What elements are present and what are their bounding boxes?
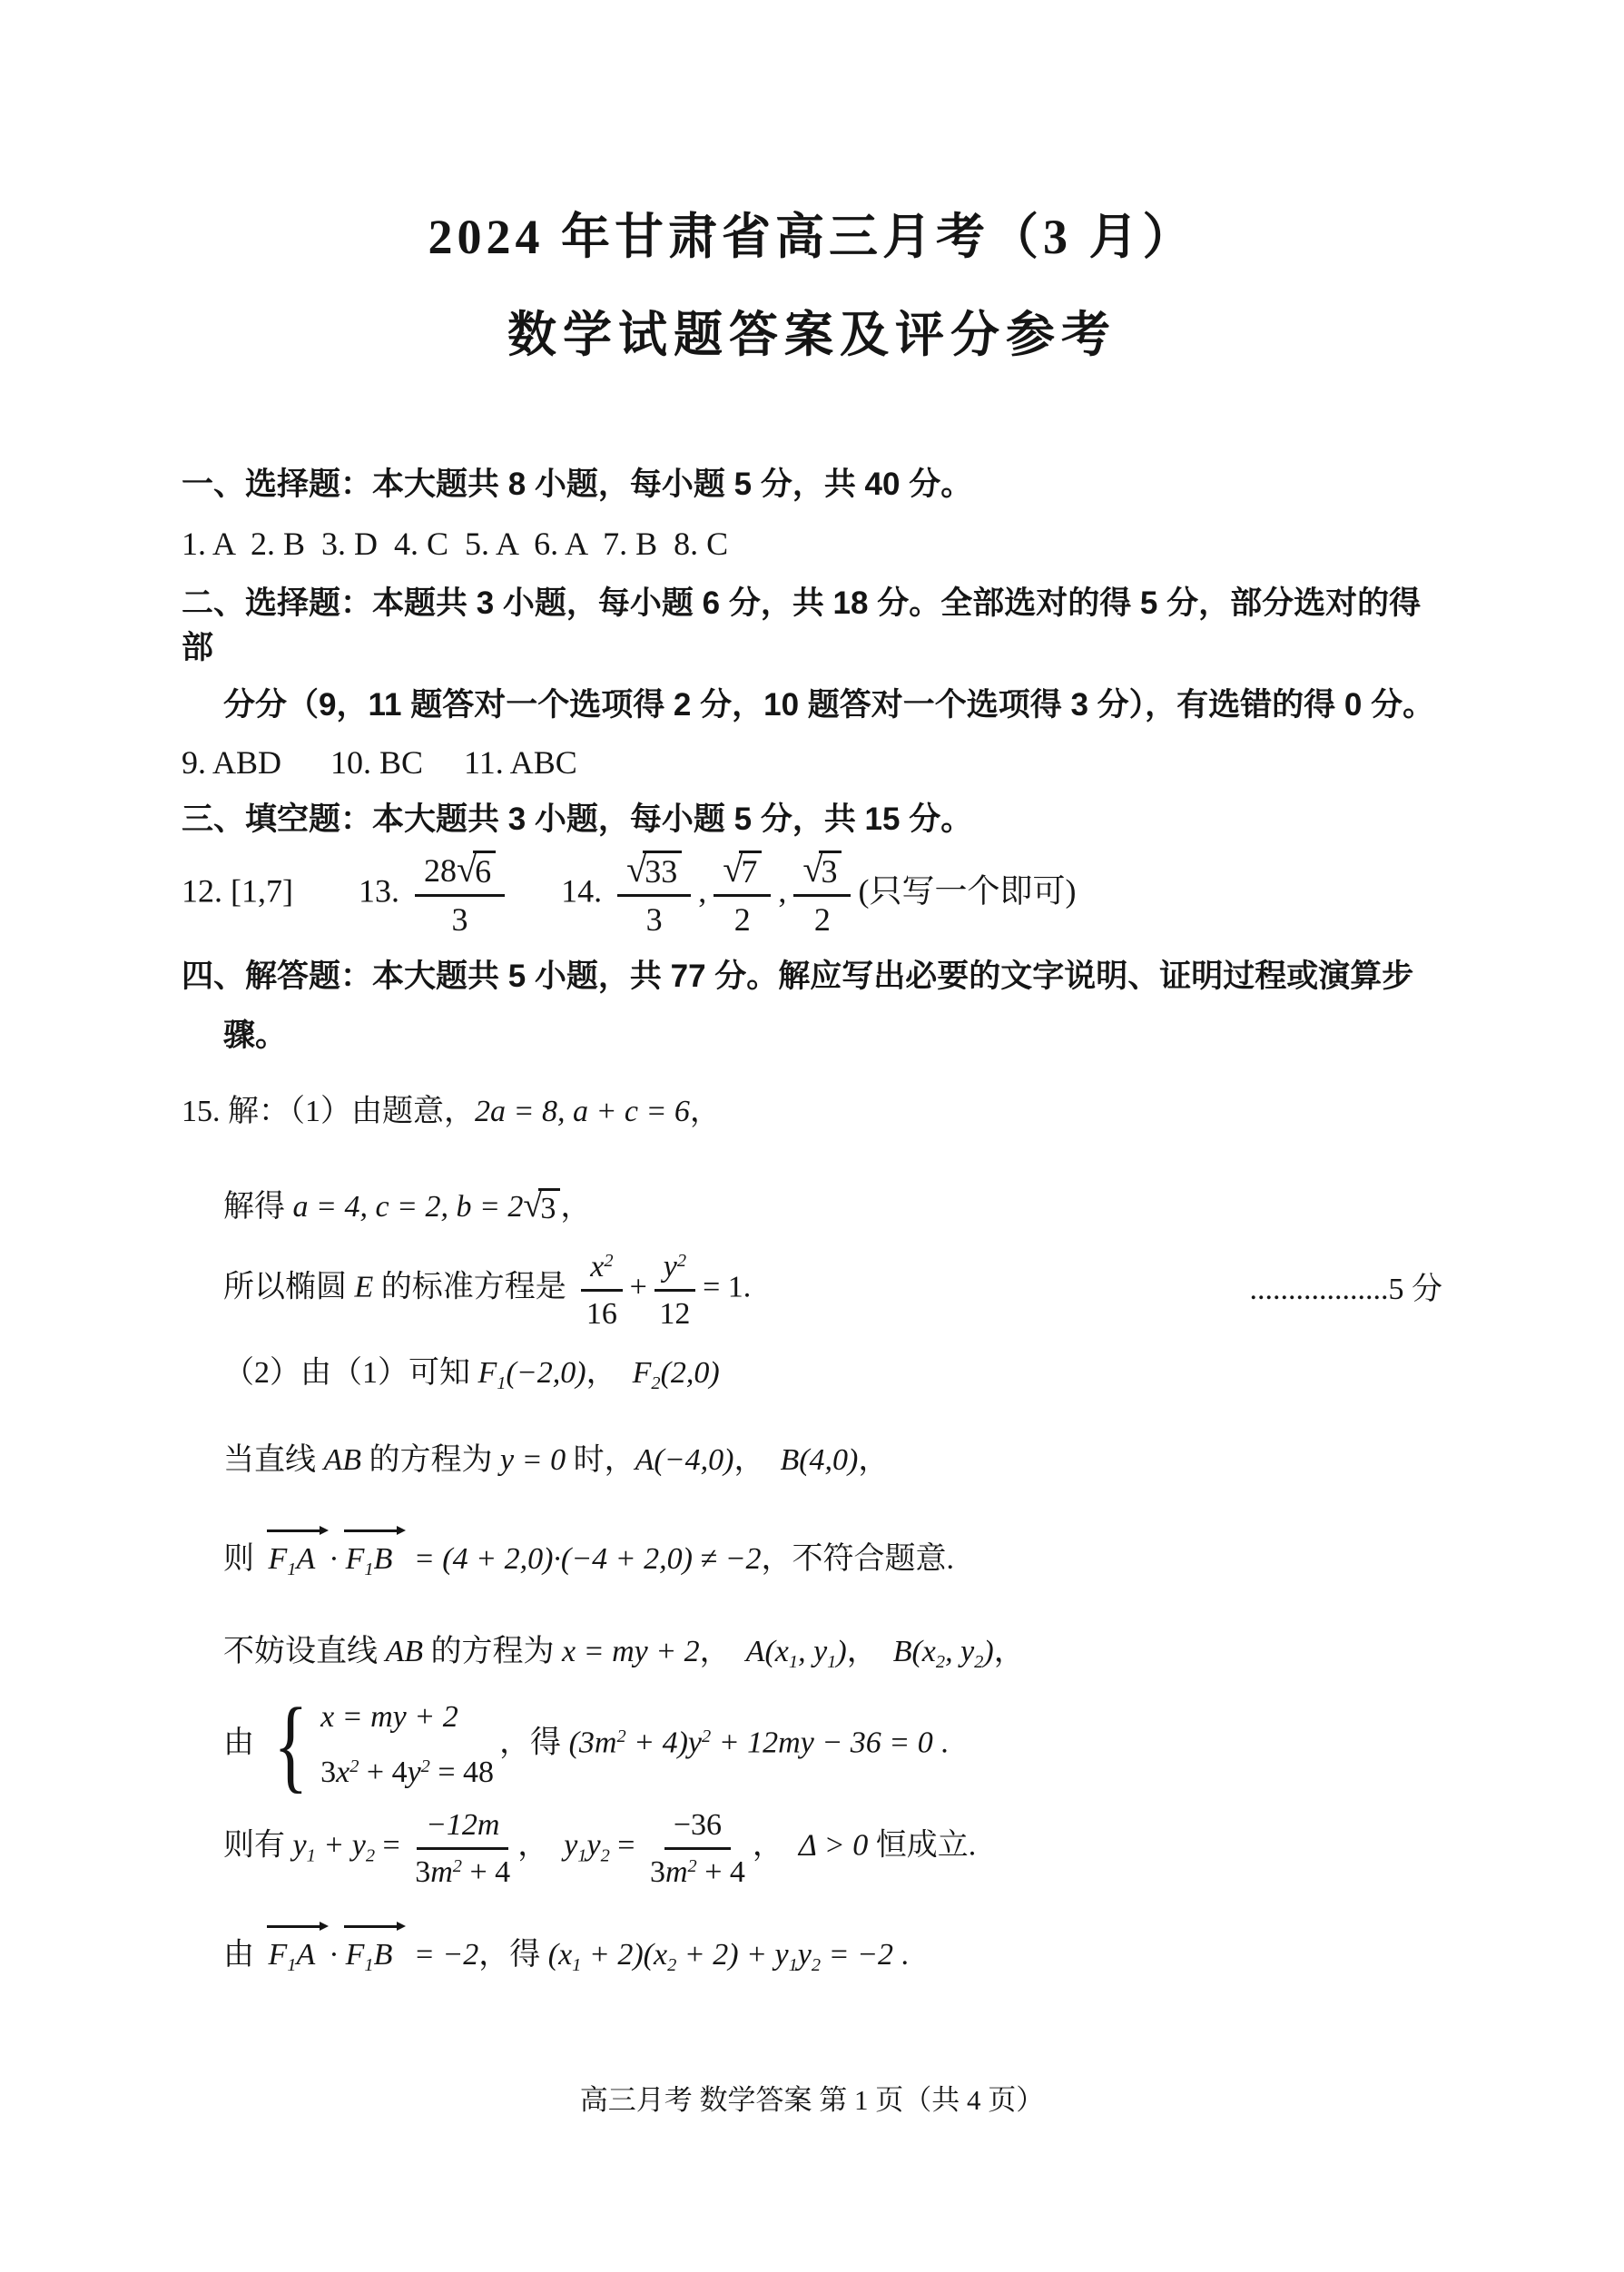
seg-text: （2）由（1）可知 <box>223 1356 478 1390</box>
seg-roman: [1,7] <box>231 872 293 909</box>
vector-base: F1A <box>269 1538 316 1583</box>
vector-arrow-icon <box>344 1529 400 1532</box>
seg-text: ， <box>733 1443 780 1477</box>
seg-roman: 12 <box>659 1297 690 1331</box>
seg-text: ， <box>560 1190 591 1224</box>
seg-math: −12m <box>426 1808 500 1842</box>
seg-subscript: 2 <box>366 1846 375 1866</box>
seg-superscript: 2 <box>702 1726 711 1746</box>
seg-text: 时， <box>566 1443 635 1477</box>
seg-math: , y <box>945 1635 974 1668</box>
vector-arrowhead-icon <box>320 1526 329 1535</box>
seg-roman: = <box>610 1828 643 1862</box>
radicand: 33 <box>643 851 682 890</box>
seg-math: B <box>374 1938 393 1972</box>
vector-arrow-icon <box>267 1925 323 1928</box>
seg-roman: 13. <box>359 872 408 909</box>
line-p15b: 解得 a = 4, c = 2, b = 2√3， <box>223 1185 1442 1229</box>
seg-roman: 9. ABD 10. BC 11. ABC <box>182 744 577 781</box>
seg-fraction: √72 <box>714 849 771 939</box>
page-content: 2024 年甘肃省高三月考（3 月） 数学试题答案及评分参考 一、选择题：本大题… <box>0 0 1624 2118</box>
seg-subscript: 2 <box>974 1652 983 1672</box>
seg-math: 2a = 8, a + c = 6 <box>475 1095 690 1128</box>
seg-subscript: 2 <box>667 1955 676 1975</box>
seg-math: (2,0) <box>661 1356 720 1390</box>
seg-subscript: 1 <box>307 1846 316 1866</box>
seg-text: 恒成立. <box>868 1828 976 1862</box>
seg-superscript: 2 <box>677 1251 686 1271</box>
line-s2a: 二、选择题：本题共 3 小题，每小题 6 分，共 18 分。全部选对的得 5 分… <box>182 581 1442 670</box>
fraction-numerator: √7 <box>714 849 771 898</box>
fraction-numerator: y2 <box>655 1247 695 1292</box>
seg-text: 的方程为 <box>361 1443 500 1477</box>
fraction-denominator: 16 <box>586 1292 617 1332</box>
fraction-denominator: 3m2 + 4 <box>415 1850 510 1890</box>
vector-base: F1A <box>269 1933 316 1979</box>
seg-roman: , <box>698 872 706 909</box>
seg-roman: · <box>329 1938 339 1972</box>
fraction-denominator: 2 <box>814 897 831 939</box>
seg-math: F <box>269 1938 288 1972</box>
seg-roman: + 4 <box>462 1855 510 1889</box>
seg-text: ， <box>517 1828 564 1862</box>
seg-roman: 14. <box>561 872 610 909</box>
seg-roman: 3 <box>320 1756 336 1789</box>
seg-text: 的方程为 <box>423 1635 562 1668</box>
seg-math: y <box>408 1756 421 1789</box>
line-s3: 三、填空题：本大题共 3 小题，每小题 5 分，共 15 分。 <box>182 797 1442 841</box>
seg-math: AB <box>324 1443 362 1477</box>
fraction-numerator: √3 <box>793 849 851 898</box>
seg-vector: F1B <box>342 1919 404 1979</box>
seg-roman: −36 <box>674 1808 722 1842</box>
seg-roman: 3 <box>650 1855 665 1889</box>
cases-row: 3x2 + 4y2 = 48 <box>320 1751 494 1795</box>
seg-text: ，得 <box>499 1726 569 1759</box>
fraction-numerator: x2 <box>581 1247 622 1292</box>
seg-roman: , <box>778 872 786 909</box>
fraction-denominator: 12 <box>659 1292 690 1332</box>
seg-math: + 12my − 36 = 0 <box>711 1726 932 1759</box>
left-brace-icon: { <box>273 1695 308 1795</box>
seg-text: ，得 <box>478 1938 548 1972</box>
vector-base: F1B <box>346 1538 393 1583</box>
seg-text: 解得 <box>223 1190 293 1224</box>
seg-math: = −2 <box>821 1938 893 1972</box>
seg-math: ) <box>983 1635 993 1668</box>
seg-subscript: 1 <box>287 1955 296 1975</box>
radicand: 3 <box>819 851 842 890</box>
seg-roman: 2 <box>814 901 831 938</box>
seg-superscript: 2 <box>604 1251 613 1271</box>
seg-subscript: 2 <box>601 1846 610 1866</box>
fraction-denominator: 3m2 + 4 <box>650 1850 745 1890</box>
line-ans911: 9. ABD 10. BC 11. ABC <box>182 740 1442 785</box>
seg-subscript: 2 <box>812 1955 821 1975</box>
seg-text: 由 <box>223 1938 262 1972</box>
seg-text: 解：（1）由题意， <box>228 1095 475 1128</box>
seg-roman: = 1. <box>703 1270 751 1303</box>
seg-subscript: 1 <box>789 1652 798 1672</box>
score-marker: ..................5 分 <box>1250 1268 1443 1312</box>
seg-fraction: y212 <box>655 1247 695 1332</box>
seg-fraction: √32 <box>793 849 851 939</box>
seg-superscript: 2 <box>688 1856 697 1876</box>
page-footer: 高三月考 数学答案 第 1 页（共 4 页） <box>182 2077 1442 2118</box>
line-ans18: 1. A 2. B 3. D 4. C 5. A 6. A 7. B 8. C <box>182 521 1442 566</box>
fraction-numerator: −36 <box>664 1805 731 1850</box>
seg-vector: F1A <box>265 1919 327 1979</box>
seg-text: 当直线 <box>223 1443 324 1477</box>
seg-math: m <box>665 1855 688 1889</box>
seg-text: ， <box>994 1635 1025 1668</box>
vector-arrowhead-icon <box>397 1526 406 1535</box>
line-fill: 12. [1,7] 13. 28√63 14. √333,√72,√32(只写一… <box>182 849 1442 939</box>
radicand: 3 <box>538 1188 560 1225</box>
seg-math: F <box>346 1542 365 1576</box>
cases-rows: x = my + 23x2 + 4y2 = 48 <box>320 1696 494 1795</box>
seg-roman: = <box>375 1828 408 1862</box>
fraction-denominator: 3 <box>646 897 663 939</box>
seg-text: 骤。 <box>223 1018 287 1053</box>
seg-text: 则 <box>223 1542 262 1576</box>
seg-math: A(x <box>746 1635 789 1668</box>
seg-math: (x <box>548 1938 572 1972</box>
seg-subscript: 1 <box>364 1560 373 1580</box>
line-p15i: 则有 y1 + y2 = −12m3m2 + 4， y1y2 = −363m2 … <box>223 1805 1442 1890</box>
seg-text: ， <box>700 1635 746 1668</box>
seg-roman <box>293 872 359 909</box>
line-s4b: 骤。 <box>223 1013 1442 1057</box>
seg-text: 则有 <box>223 1828 293 1862</box>
seg-math: y <box>664 1250 677 1284</box>
vector-arrowhead-icon <box>320 1922 329 1931</box>
seg-math: , y <box>798 1635 827 1668</box>
seg-math: E <box>355 1270 374 1303</box>
seg-roman: 12. <box>182 872 231 909</box>
seg-text: (只写一个即可) <box>858 872 1076 909</box>
line-p15a: 15. 解：（1）由题意，2a = 8, a + c = 6， <box>182 1090 1442 1134</box>
line-main: 所以椭圆 E 的标准方程是 x216+y212= 1. <box>223 1247 751 1332</box>
seg-text: ， <box>690 1095 721 1128</box>
seg-sqrt: √7 <box>723 851 762 890</box>
seg-math: + 4)y <box>626 1726 702 1759</box>
seg-subscript: 1 <box>572 1955 581 1975</box>
fraction-denominator: 3 <box>452 897 468 939</box>
seg-math: = −2 <box>406 1938 478 1972</box>
vector-arrow-icon <box>267 1529 323 1532</box>
line-s4a: 四、解答题：本大题共 5 小题，共 77 分。解应写出必要的文字说明、证明过程或… <box>182 954 1442 998</box>
line-p15h: 由 {x = my + 23x2 + 4y2 = 48，得 (3m2 + 4)y… <box>223 1696 1442 1795</box>
line-p15f: 则 F1A·F1B = (4 + 2,0)·(−4 + 2,0) ≠ −2，不符… <box>223 1523 1442 1583</box>
seg-roman: 3 <box>452 901 468 938</box>
seg-math: x = my + 2 <box>320 1700 458 1734</box>
cases-row: x = my + 2 <box>320 1696 494 1739</box>
seg-text: 不妨设直线 <box>223 1635 386 1668</box>
seg-roman: 15. <box>182 1095 228 1128</box>
seg-subscript: 2 <box>936 1652 945 1672</box>
seg-math: (−2,0) <box>506 1356 586 1390</box>
seg-math: A <box>296 1938 315 1972</box>
seg-math: x <box>336 1756 349 1789</box>
seg-roman: + 4 <box>359 1756 407 1789</box>
seg-math: Δ > 0 <box>799 1828 868 1862</box>
seg-subscript: 1 <box>577 1846 586 1866</box>
seg-math: F <box>346 1938 365 1972</box>
seg-math: F <box>269 1542 288 1576</box>
seg-subscript: 1 <box>827 1652 836 1672</box>
seg-roman: . <box>893 1938 909 1972</box>
seg-roman: . <box>933 1726 949 1759</box>
seg-roman: 2 <box>734 901 751 938</box>
seg-math: m <box>430 1855 453 1889</box>
line-p15d: （2）由（1）可知 F1(−2,0)， F2(2,0) <box>223 1352 1442 1397</box>
seg-math: B <box>374 1542 393 1576</box>
seg-text: 由 <box>223 1726 262 1759</box>
seg-subscript: 1 <box>497 1373 506 1393</box>
seg-superscript: 2 <box>349 1756 359 1776</box>
seg-roman: = 48 <box>430 1756 494 1789</box>
vector-arrow-icon <box>344 1925 400 1928</box>
line-p15e: 当直线 AB 的方程为 y = 0 时，A(−4,0)， B(4,0)， <box>223 1439 1442 1482</box>
seg-math: y <box>586 1828 600 1862</box>
seg-roman: 1. A 2. B 3. D 4. C 5. A 6. A 7. B 8. C <box>182 526 728 562</box>
radicand: 6 <box>473 851 496 890</box>
seg-math: x = my + 2 <box>562 1635 700 1668</box>
seg-text: 所以椭圆 <box>223 1270 355 1303</box>
seg-roman: · <box>329 1542 339 1576</box>
seg-math: y = 0 <box>500 1443 566 1477</box>
seg-text: ， <box>858 1443 889 1477</box>
line-p15c: 所以椭圆 E 的标准方程是 x216+y212= 1..............… <box>223 1247 1442 1332</box>
seg-roman: 3 <box>415 1855 430 1889</box>
seg-math: a = 4, c = 2, b = 2 <box>293 1190 524 1224</box>
seg-text: ，不符合题意. <box>762 1542 955 1576</box>
seg-math: + 2) + y <box>676 1938 788 1972</box>
seg-text: 二、选择题：本题共 3 小题，每小题 6 分，共 18 分。全部选对的得 5 分… <box>182 585 1421 665</box>
seg-math: = (4 + 2,0)·(−4 + 2,0) ≠ −2 <box>406 1542 761 1576</box>
line-p15g: 不妨设直线 AB 的方程为 x = my + 2， A(x1, y1)， B(x… <box>223 1630 1442 1676</box>
vector-base: F1B <box>346 1933 393 1979</box>
seg-fraction: x216 <box>581 1247 622 1332</box>
seg-sqrt: √33 <box>626 851 682 890</box>
seg-fraction: −12m3m2 + 4 <box>415 1805 510 1890</box>
seg-sqrt: √3 <box>523 1188 560 1225</box>
seg-math: y <box>564 1828 577 1862</box>
seg-subscript: 2 <box>651 1373 660 1393</box>
seg-roman: + 4 <box>697 1855 745 1889</box>
seg-math: F <box>633 1356 652 1390</box>
seg-math: A(−4,0) <box>635 1443 734 1477</box>
seg-roman <box>512 872 561 909</box>
seg-superscript: 2 <box>453 1856 462 1876</box>
fraction-numerator: √33 <box>617 849 691 898</box>
seg-text: 三、填空题：本大题共 3 小题，每小题 5 分，共 15 分。 <box>182 802 972 837</box>
seg-subscript: 1 <box>287 1560 296 1580</box>
exam-answer-page: 2024 年甘肃省高三月考（3 月） 数学试题答案及评分参考 一、选择题：本大题… <box>0 0 1624 2272</box>
seg-math: B(4,0) <box>780 1443 858 1477</box>
seg-fraction: −363m2 + 4 <box>650 1805 745 1890</box>
seg-text: 的标准方程是 <box>373 1270 574 1303</box>
seg-math: x <box>590 1250 604 1284</box>
doc-title-line2: 数学试题答案及评分参考 <box>182 305 1442 367</box>
seg-text: 分分（9，11 题答对一个选项得 2 分，10 题答对一个选项得 3 分），有选… <box>223 687 1434 723</box>
seg-math: y <box>293 1828 307 1862</box>
seg-fraction: 28√63 <box>415 849 505 939</box>
seg-sqrt: √6 <box>457 851 496 890</box>
answer-body: 一、选择题：本大题共 8 小题，每小题 5 分，共 40 分。1. A 2. B… <box>182 462 1442 1979</box>
seg-math: ) <box>836 1635 846 1668</box>
seg-text: 一、选择题：本大题共 8 小题，每小题 5 分，共 40 分。 <box>182 467 972 502</box>
seg-cases: {x = my + 23x2 + 4y2 = 48 <box>268 1696 495 1795</box>
vector-arrowhead-icon <box>397 1922 406 1931</box>
seg-subscript: 1 <box>789 1955 798 1975</box>
seg-roman: 28 <box>424 852 457 889</box>
fraction-denominator: 2 <box>734 897 751 939</box>
seg-math: B(x <box>893 1635 936 1668</box>
seg-vector: F1A <box>265 1523 327 1583</box>
seg-fraction: √333 <box>617 849 691 939</box>
seg-roman: 16 <box>586 1297 617 1331</box>
doc-title-line1: 2024 年甘肃省高三月考（3 月） <box>182 207 1442 269</box>
seg-math: (3m <box>569 1726 617 1759</box>
seg-text: ， <box>753 1828 799 1862</box>
seg-math: AB <box>386 1635 424 1668</box>
seg-text: ， <box>586 1356 633 1390</box>
radicand: 7 <box>739 851 762 890</box>
seg-subscript: 1 <box>364 1955 373 1975</box>
seg-math: y <box>798 1938 812 1972</box>
seg-math: + 2)(x <box>581 1938 667 1972</box>
seg-sqrt: √3 <box>802 851 842 890</box>
seg-roman: + <box>630 1270 647 1303</box>
line-s2b: 分分（9，11 题答对一个选项得 2 分，10 题答对一个选项得 3 分），有选… <box>223 683 1442 727</box>
line-p15j: 由 F1A·F1B = −2，得 (x1 + 2)(x2 + 2) + y1y2… <box>223 1919 1442 1979</box>
fraction-numerator: 28√6 <box>415 849 505 898</box>
seg-roman: 3 <box>646 901 663 938</box>
seg-vector: F1B <box>342 1523 404 1583</box>
line-s1: 一、选择题：本大题共 8 小题，每小题 5 分，共 40 分。 <box>182 462 1442 507</box>
seg-superscript: 2 <box>421 1756 430 1776</box>
seg-text: ， <box>847 1635 893 1668</box>
seg-text: 四、解答题：本大题共 5 小题，共 77 分。解应写出必要的文字说明、证明过程或… <box>182 959 1413 994</box>
seg-math: + y <box>316 1828 366 1862</box>
fraction-numerator: −12m <box>417 1805 509 1850</box>
seg-superscript: 2 <box>616 1726 625 1746</box>
seg-math: F <box>478 1356 497 1390</box>
seg-math: A <box>296 1542 315 1576</box>
